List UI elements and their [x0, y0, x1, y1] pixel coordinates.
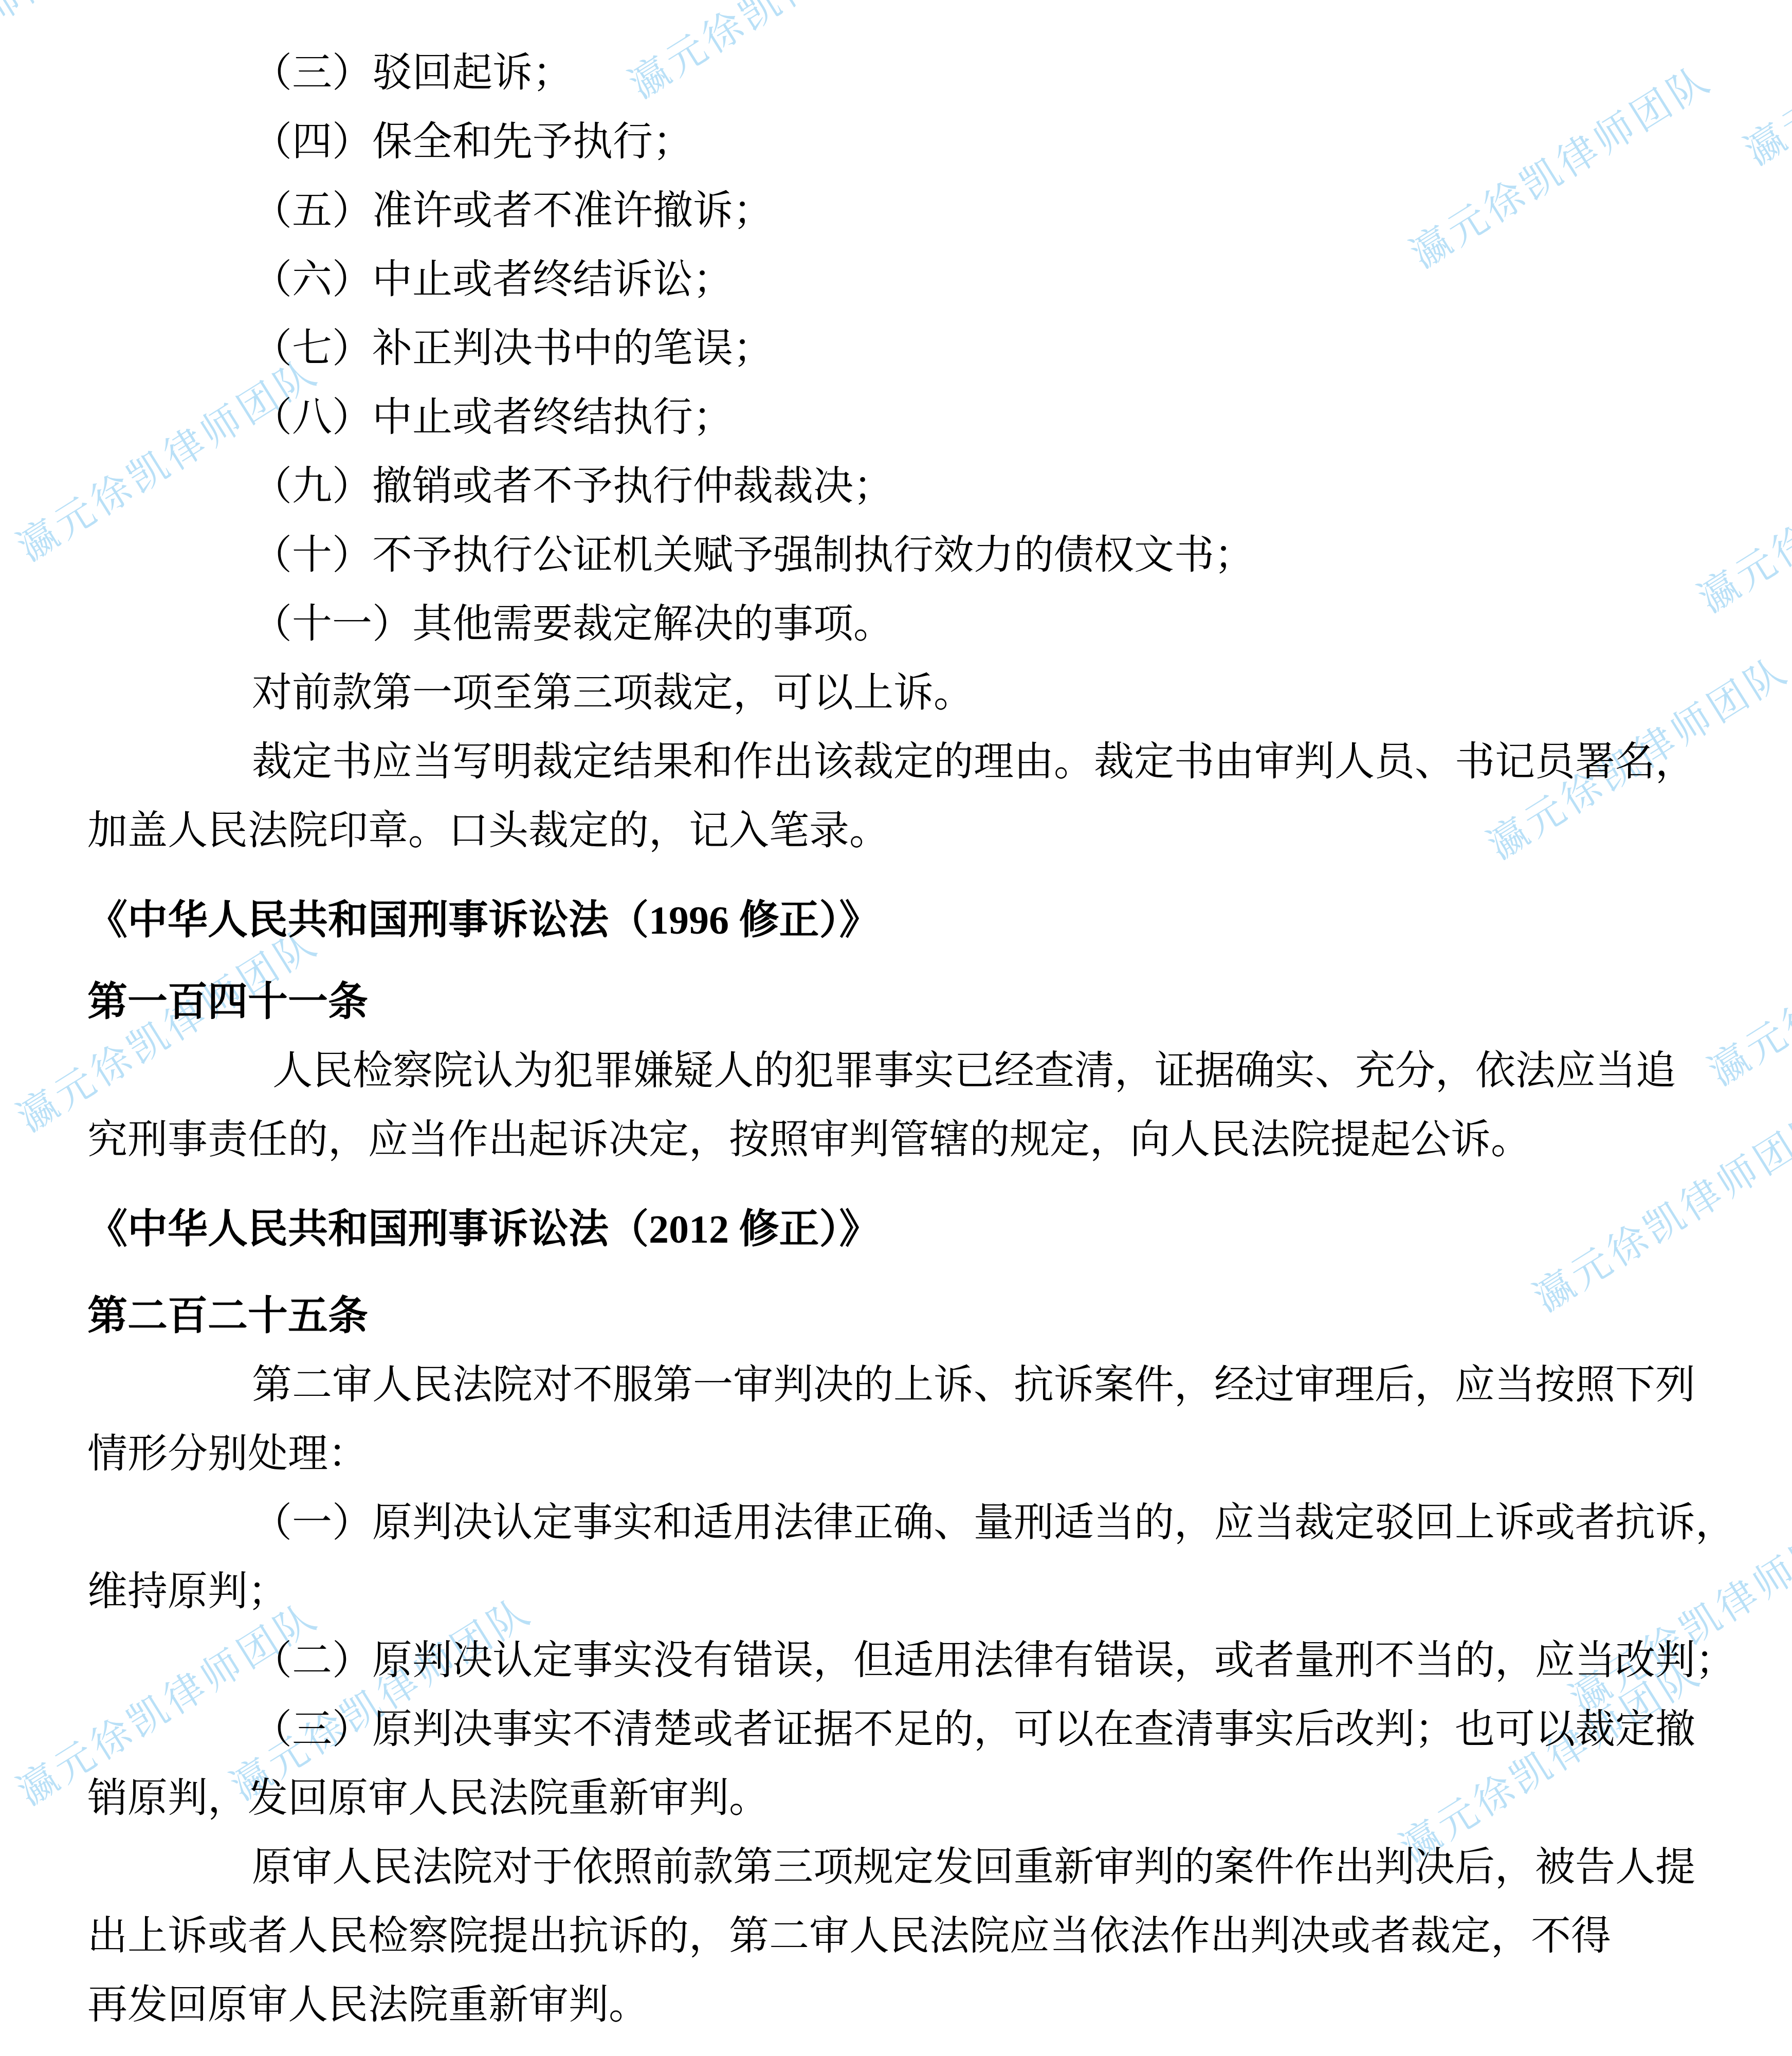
- paragraph-line: 情形分别处理：: [87, 1420, 1710, 1488]
- list-item: （五）准许或者不准许撤诉；: [87, 176, 1710, 245]
- list-item: （六）中止或者终结诉讼；: [87, 245, 1710, 314]
- list-item: （三）原判决事实不清楚或者证据不足的，可以在查清事实后改判；也可以裁定撤: [87, 1695, 1710, 1764]
- law-title-1996: 《中华人民共和国刑事诉讼法（1996 修正）》: [87, 886, 1710, 955]
- paragraph-line: 原审人民法院对于依照前款第三项规定发回重新审判的案件作出判决后，被告人提: [87, 1833, 1710, 1902]
- list-item: （十一）其他需要裁定解决的事项。: [87, 590, 1710, 659]
- list-item: （七）补正判决书中的笔误；: [87, 314, 1710, 383]
- list-item: （二）原判决认定事实没有错误，但适用法律有错误，或者量刑不当的，应当改判；: [87, 1626, 1710, 1695]
- paragraph-line: 维持原判；: [87, 1557, 1710, 1626]
- list-item: （十）不予执行公证机关赋予强制执行效力的债权文书；: [87, 521, 1710, 590]
- paragraph-line: 第二审人民法院对不服第一审判决的上诉、抗诉案件，经过审理后，应当按照下列: [87, 1351, 1710, 1420]
- list-item: （九）撤销或者不予执行仲裁裁决；: [87, 452, 1710, 521]
- list-item: （一）原判决认定事实和适用法律正确、量刑适当的，应当裁定驳回上诉或者抗诉，: [87, 1488, 1710, 1557]
- paragraph-line: 对前款第一项至第三项裁定，可以上诉。: [87, 659, 1710, 727]
- list-item: （三）驳回起诉；: [87, 39, 1710, 107]
- article-heading-225: 第二百二十五条: [87, 1282, 1710, 1351]
- paragraph-line: 究刑事责任的，应当作出起诉决定，按照审判管辖的规定，向人民法院提起公诉。: [87, 1105, 1710, 1174]
- paragraph-line: 再发回原审人民法院重新审判。: [87, 1971, 1710, 2040]
- paragraph-line: 出上诉或者人民检察院提出抗诉的，第二审人民法院应当依法作出判决或者裁定，不得: [87, 1902, 1710, 1971]
- list-item: （四）保全和先予执行；: [87, 107, 1710, 176]
- document-page: 瀛元徐凯律师团队 瀛元徐凯律师团队 瀛元徐凯律师团队 瀛元徐凯律师团队 瀛元徐凯…: [0, 0, 1792, 2056]
- paragraph-line: 加盖人民法院印章。口头裁定的，记入笔录。: [87, 796, 1710, 865]
- paragraph-line: 裁定书应当写明裁定结果和作出该裁定的理由。裁定书由审判人员、书记员署名，: [87, 727, 1710, 796]
- law-title-2012: 《中华人民共和国刑事诉讼法（2012 修正）》: [87, 1195, 1710, 1264]
- legal-text-body: （三）驳回起诉； （四）保全和先予执行； （五）准许或者不准许撤诉； （六）中止…: [0, 0, 1792, 2040]
- paragraph-line: 人民检察院认为犯罪嫌疑人的犯罪事实已经查清，证据确实、充分，依法应当追: [87, 1036, 1710, 1105]
- paragraph-line: 销原判，发回原审人民法院重新审判。: [87, 1764, 1710, 1833]
- article-heading-141: 第一百四十一条: [87, 968, 1710, 1036]
- list-item: （八）中止或者终结执行；: [87, 383, 1710, 452]
